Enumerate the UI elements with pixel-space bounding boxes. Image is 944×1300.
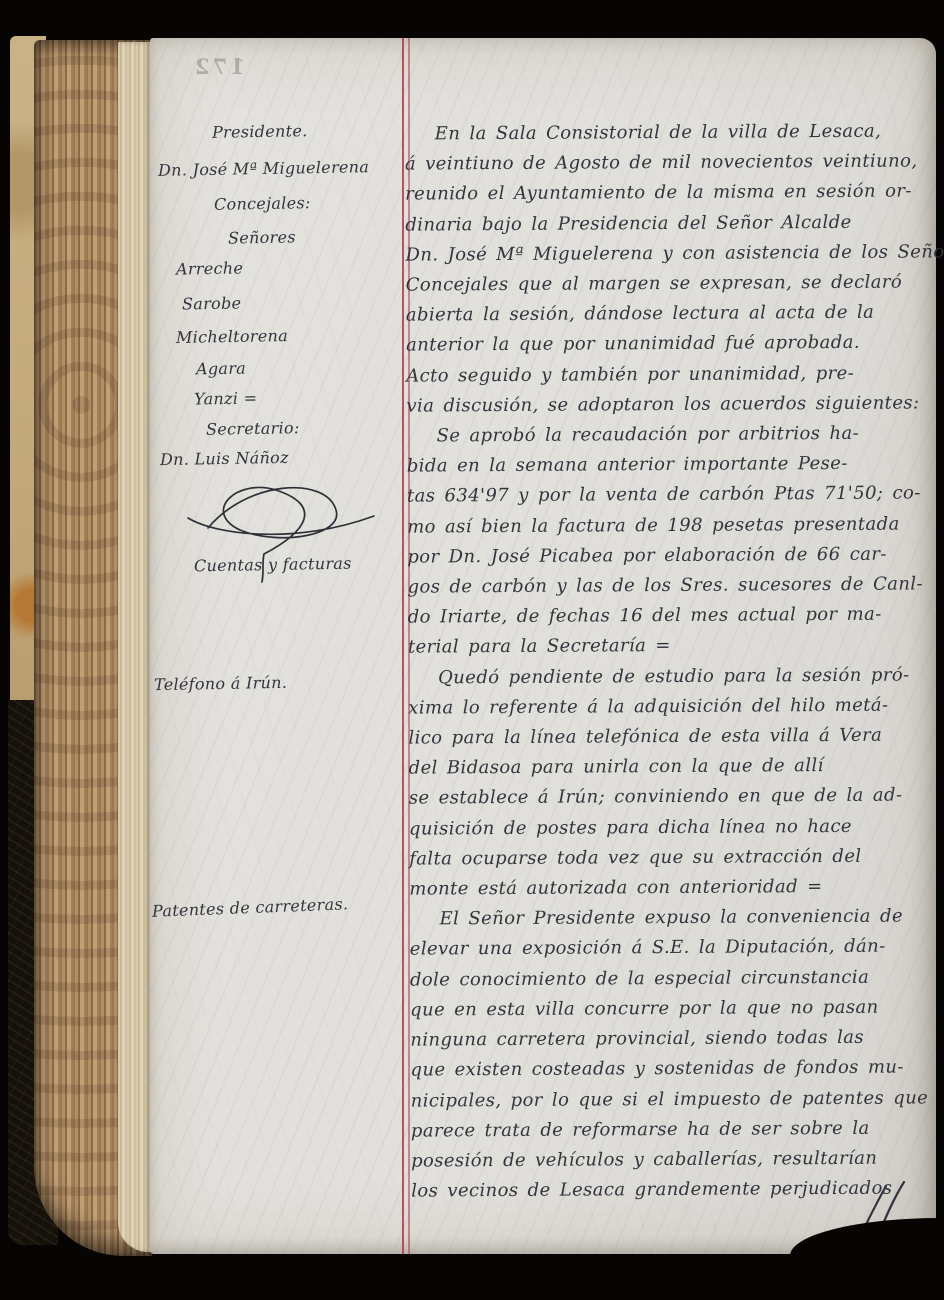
manuscript-line: quisición de postes para dicha línea no … xyxy=(409,811,929,844)
page-corner-shadow xyxy=(790,1218,940,1260)
manuscript-line: anterior la que por unanimidad fué aprob… xyxy=(406,328,926,361)
manuscript-line: Se aprobó la recaudación por arbitrios h… xyxy=(407,418,927,451)
manuscript-line: que en esta villa concurre por la que no… xyxy=(410,992,930,1025)
manuscript-line: elevar una exposición á S.E. la Diputaci… xyxy=(410,932,930,965)
manuscript-line: posesión de vehículos y caballerías, res… xyxy=(411,1143,931,1176)
manuscript-line: Acto seguido y también por unanimidad, p… xyxy=(406,358,926,391)
margin-note-name-micheltorena: Micheltorena xyxy=(176,326,288,347)
page-number-bleedthrough: 172 xyxy=(192,54,245,79)
manuscript-line: do Iriarte, de fechas 16 del mes actual … xyxy=(408,600,928,633)
margin-note-cuentas-facturas: Cuentas y facturas xyxy=(194,554,352,576)
manuscript-body-text: En la Sala Consistorial de la villa de L… xyxy=(405,116,932,1206)
manuscript-line: nicipales, por lo que si el impuesto de … xyxy=(411,1083,931,1116)
manuscript-line: que existen costeadas y sostenidas de fo… xyxy=(410,1053,930,1086)
margin-note-alcalde-name: Dn. José Mª Miguelerena xyxy=(158,157,369,180)
manuscript-line: tas 634'97 y por la venta de carbón Ptas… xyxy=(407,479,927,512)
margin-note-secretario: Secretario: xyxy=(206,418,300,439)
manuscript-line: á veintiuno de Agosto de mil novecientos… xyxy=(405,147,925,180)
manuscript-line: reunido el Ayuntamiento de la misma en s… xyxy=(405,177,925,210)
margin-note-name-agara: Agara xyxy=(196,359,246,379)
manuscript-line: lico para la línea telefónica de esta vi… xyxy=(408,720,928,753)
manuscript-line: Concejales que al margen se expresan, se… xyxy=(406,267,926,300)
margin-note-name-arreche: Arreche xyxy=(176,258,243,278)
manuscript-line: xima lo referente á la adquisición del h… xyxy=(408,690,928,723)
margin-rule-line xyxy=(402,38,404,1254)
manuscript-line: terial para la Secretaría = xyxy=(408,630,928,663)
margin-note-patentes-carreteras: Patentes de carreteras. xyxy=(152,894,349,921)
margin-note-presidente: Presidente. xyxy=(212,121,308,142)
manuscript-line: mo así bien la factura de 198 pesetas pr… xyxy=(407,509,927,542)
manuscript-line: monte está autorizada con anterioridad = xyxy=(409,871,929,904)
manuscript-line: por Dn. José Picabea por elaboración de … xyxy=(407,539,927,572)
manuscript-line: Quedó pendiente de estudio para la sesió… xyxy=(408,660,928,693)
manuscript-line: En la Sala Consistorial de la villa de L… xyxy=(405,116,925,149)
manuscript-line: se establece á Irún; conviniendo en que … xyxy=(409,781,929,814)
manuscript-line: Dn. José Mª Miguelerena y con asistencia… xyxy=(405,237,925,270)
manuscript-line: del Bidasoa para unirla con la que de al… xyxy=(409,751,929,784)
scanned-book-photo: 172 Presidente. Dn. José Mª Miguelerena … xyxy=(0,0,944,1300)
manuscript-line: parece trata de reformarse ha de ser sob… xyxy=(411,1113,931,1146)
margin-note-telefono-irun: Teléfono á Irún. xyxy=(154,673,287,694)
page-edges-stack-light xyxy=(118,42,152,1252)
manuscript-line: via discusión, se adoptaron los acuerdos… xyxy=(406,388,926,421)
manuscript-line: gos de carbón y las de los Sres. sucesor… xyxy=(407,569,927,602)
manuscript-line: El Señor Presidente expuso la convenienc… xyxy=(409,902,929,935)
manuscript-line: abierta la sesión, dándose lectura al ac… xyxy=(406,298,926,331)
margin-note-name-yanzi: Yanzi = xyxy=(194,388,258,408)
margin-note-concejales: Concejales: xyxy=(214,193,311,214)
manuscript-line: dinaria bajo la Presidencia del Señor Al… xyxy=(405,207,925,240)
manuscript-line: bida en la semana anterior importante Pe… xyxy=(407,449,927,482)
manuscript-line: falta ocuparse toda vez que su extracció… xyxy=(409,841,929,874)
manuscript-page: 172 Presidente. Dn. José Mª Miguelerena … xyxy=(150,38,936,1254)
manuscript-line: dole conocimiento de la especial circuns… xyxy=(410,962,930,995)
margin-note-senores: Señores xyxy=(228,227,296,247)
margin-note-name-sarobe: Sarobe xyxy=(182,293,242,313)
manuscript-line: ninguna carretera provincial, siendo tod… xyxy=(410,1022,930,1055)
